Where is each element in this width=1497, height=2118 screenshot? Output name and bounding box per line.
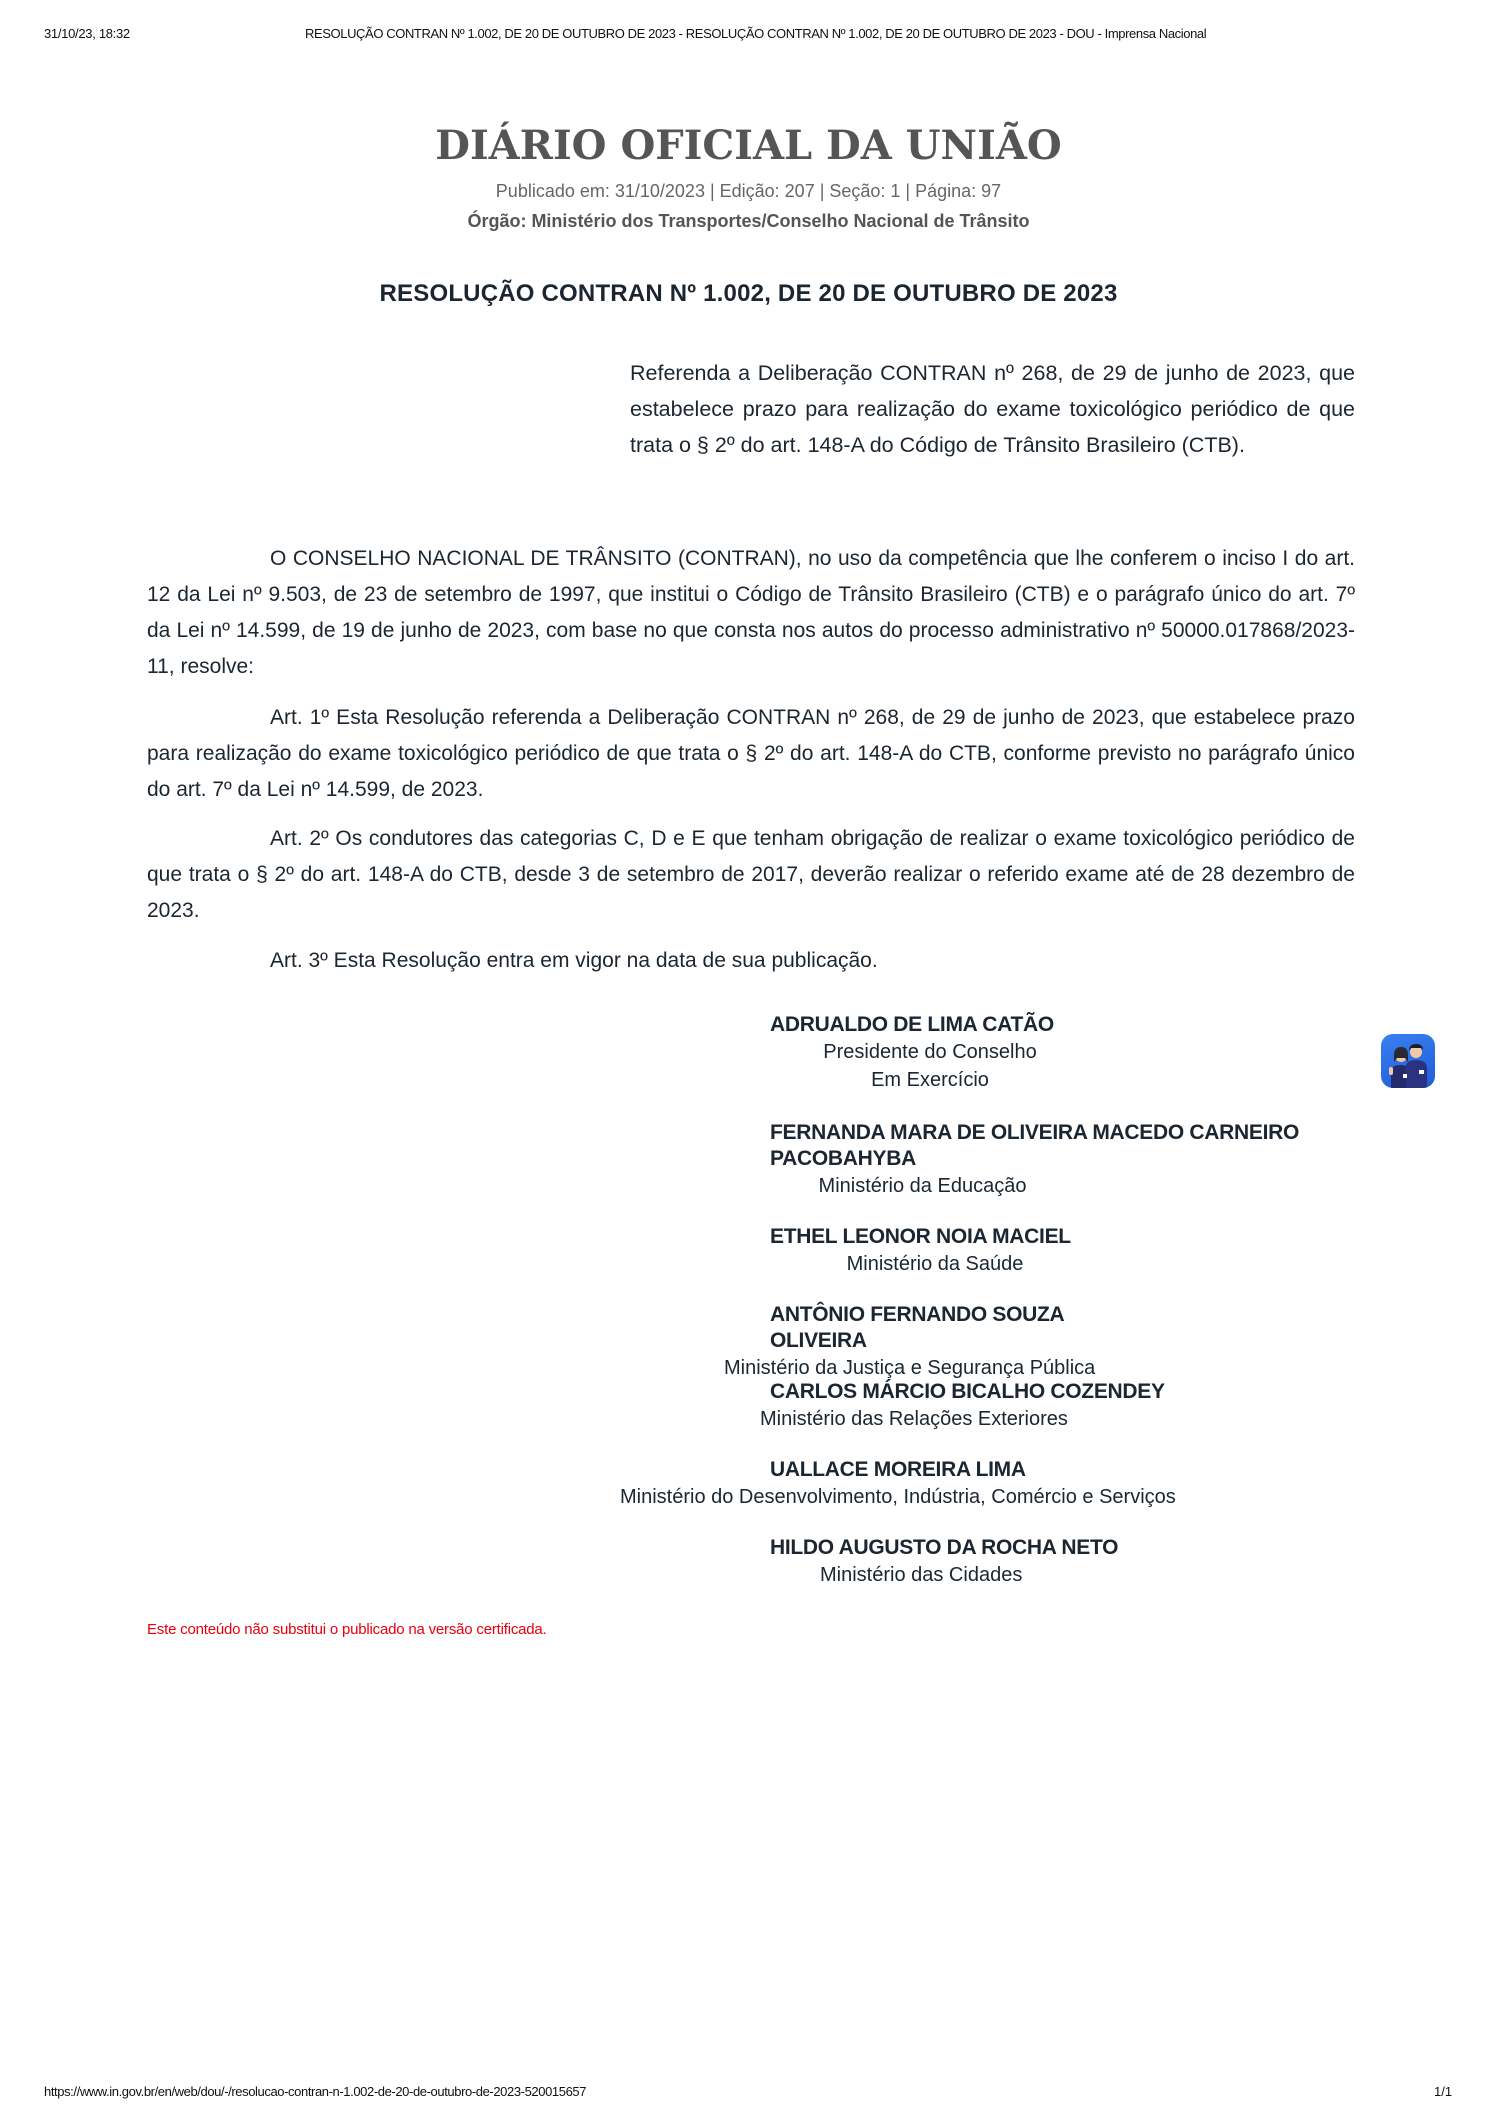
print-footer: https://www.in.gov.br/en/web/dou/-/resol… bbox=[0, 2084, 1497, 2104]
signatory-name: UALLACE MOREIRA LIMA bbox=[620, 1457, 1240, 1483]
signatory-role: Ministério da Educação bbox=[770, 1172, 1075, 1200]
signatory-role: Ministério da Saúde bbox=[770, 1250, 1100, 1278]
signatory-name: ADRUALDO DE LIMA CATÃO bbox=[770, 1012, 1090, 1038]
publication-info: Publicado em: 31/10/2023 | Edição: 207 |… bbox=[0, 178, 1497, 204]
article-2-text: Art. 2º Os condutores das categorias C, … bbox=[147, 821, 1355, 929]
print-page-title: RESOLUÇÃO CONTRAN Nº 1.002, DE 20 DE OUT… bbox=[305, 26, 1206, 41]
signatory: ANTÔNIO FERNANDO SOUZA OLIVEIRA Ministér… bbox=[724, 1302, 1144, 1382]
signatory-role: Ministério das Relações Exteriores bbox=[760, 1405, 1180, 1433]
act-title: RESOLUÇÃO CONTRAN Nº 1.002, DE 20 DE OUT… bbox=[0, 280, 1497, 308]
signatory: HILDO AUGUSTO DA ROCHA NETO Ministério d… bbox=[770, 1535, 1190, 1589]
signatory-name: CARLOS MÁRCIO BICALHO COZENDEY bbox=[760, 1379, 1180, 1405]
preamble: O CONSELHO NACIONAL DE TRÂNSITO (CONTRAN… bbox=[147, 541, 1355, 685]
signatory: ADRUALDO DE LIMA CATÃO Presidente do Con… bbox=[770, 1012, 1090, 1094]
signatory-role: Ministério das Cidades bbox=[770, 1561, 1190, 1589]
signatory-name: HILDO AUGUSTO DA ROCHA NETO bbox=[770, 1535, 1190, 1561]
signatory: FERNANDA MARA DE OLIVEIRA MACEDO CARNEIR… bbox=[770, 1120, 1370, 1200]
signatory: ETHEL LEONOR NOIA MACIEL Ministério da S… bbox=[770, 1224, 1100, 1278]
article-1-text: Art. 1º Esta Resolução referenda a Delib… bbox=[147, 700, 1355, 808]
page-number: 1/1 bbox=[1434, 2084, 1452, 2099]
article-2: Art. 2º Os condutores das categorias C, … bbox=[147, 821, 1355, 929]
signatory: CARLOS MÁRCIO BICALHO COZENDEY Ministéri… bbox=[760, 1379, 1180, 1433]
signatory-name: FERNANDA MARA DE OLIVEIRA MACEDO CARNEIR… bbox=[770, 1120, 1370, 1172]
journal-title: DIÁRIO OFICIAL DA UNIÃO bbox=[0, 118, 1497, 174]
signatory-name: ETHEL LEONOR NOIA MACIEL bbox=[770, 1224, 1100, 1250]
signatory-role: Presidente do Conselho bbox=[770, 1038, 1090, 1066]
print-header: 31/10/23, 18:32 RESOLUÇÃO CONTRAN Nº 1.0… bbox=[0, 26, 1497, 46]
ementa: Referenda a Deliberação CONTRAN nº 268, … bbox=[630, 355, 1355, 463]
article-3-text: Art. 3º Esta Resolução entra em vigor na… bbox=[147, 943, 1355, 979]
signatory-role: Ministério do Desenvolvimento, Indústria… bbox=[620, 1483, 1240, 1511]
preamble-text: O CONSELHO NACIONAL DE TRÂNSITO (CONTRAN… bbox=[147, 541, 1355, 685]
page-url: https://www.in.gov.br/en/web/dou/-/resol… bbox=[44, 2084, 586, 2099]
signatory: UALLACE MOREIRA LIMA Ministério do Desen… bbox=[620, 1457, 1240, 1511]
signatory-name: ANTÔNIO FERNANDO SOUZA OLIVEIRA bbox=[724, 1302, 1144, 1354]
print-datetime: 31/10/23, 18:32 bbox=[44, 26, 130, 41]
issuing-body: Órgão: Ministério dos Transportes/Consel… bbox=[0, 208, 1497, 234]
certification-disclaimer: Este conteúdo não substitui o publicado … bbox=[147, 1621, 547, 1638]
virtual-assistant-button[interactable] bbox=[1381, 1034, 1435, 1088]
article-3: Art. 3º Esta Resolução entra em vigor na… bbox=[147, 943, 1355, 979]
signatory-role: Ministério da Justiça e Segurança Públic… bbox=[724, 1354, 1144, 1382]
masthead: DIÁRIO OFICIAL DA UNIÃO Publicado em: 31… bbox=[0, 118, 1497, 234]
article-1: Art. 1º Esta Resolução referenda a Delib… bbox=[147, 700, 1355, 808]
virtual-assistant-avatar-icon bbox=[1381, 1034, 1435, 1088]
signatory-role-detail: Em Exercício bbox=[770, 1066, 1090, 1094]
